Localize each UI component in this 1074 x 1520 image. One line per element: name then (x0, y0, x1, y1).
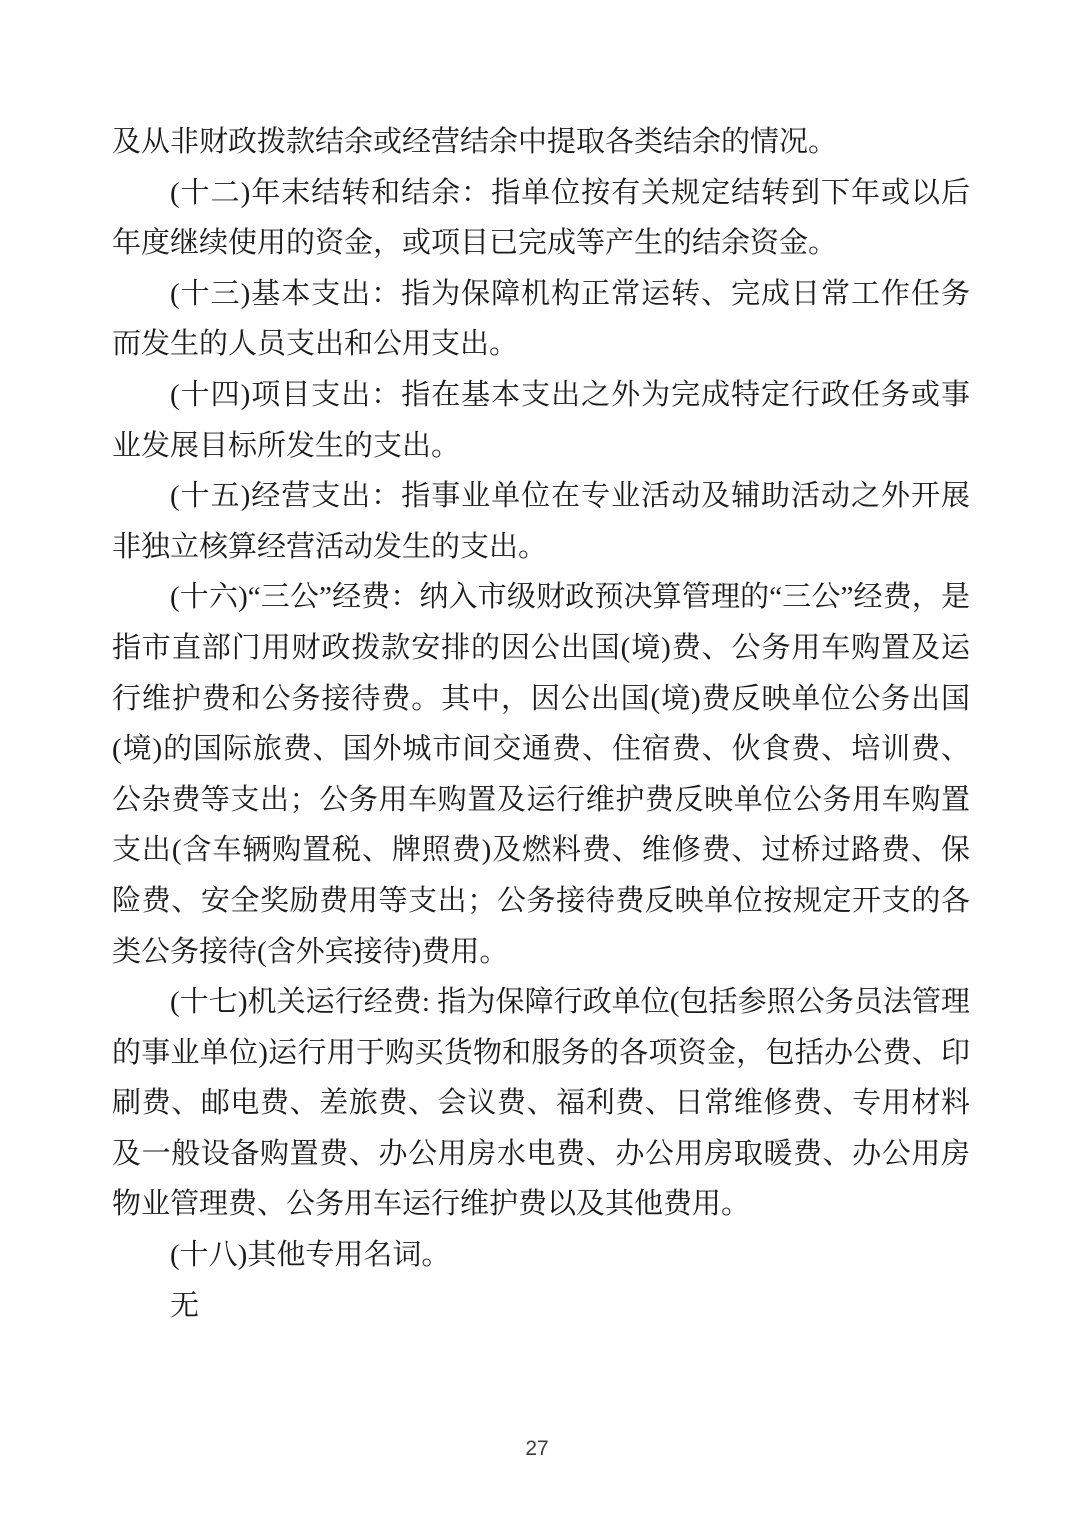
paragraph-item-12: (十二)年末结转和结余：指单位按有关规定结转到下年或以后年度继续使用的资金，或项… (112, 168, 970, 269)
paragraph-item-14: (十四)项目支出：指在基本支出之外为完成特定行政任务或事业发展目标所发生的支出。 (112, 370, 970, 471)
paragraph-item-13: (十三)基本支出：指为保障机构正常运转、完成日常工作任务而发生的人员支出和公用支… (112, 269, 970, 370)
paragraph-item-15: (十五)经营支出：指事业单位在专业活动及辅助活动之外开展非独立核算经营活动发生的… (112, 471, 970, 572)
document-page: 及从非财政拨款结余或经营结余中提取各类结余的情况。 (十二)年末结转和结余：指单… (0, 0, 1074, 1520)
paragraph-item-18: (十八)其他专用名词。 (112, 1230, 970, 1281)
paragraph-item-17: (十七)机关运行经费: 指为保障行政单位(包括参照公务员法管理的事业单位)运行用… (112, 977, 970, 1230)
page-number: 27 (525, 1437, 548, 1460)
paragraph-none-note: 无 (112, 1281, 970, 1332)
paragraph-item-16: (十六)“三公”经费：纳入市级财政预决算管理的“三公”经费，是指市直部门用财政拨… (112, 572, 970, 977)
page-footer: 27 (0, 1437, 1074, 1461)
document-text-block: 及从非财政拨款结余或经营结余中提取各类结余的情况。 (十二)年末结转和结余：指单… (112, 117, 970, 1331)
paragraph-continuation: 及从非财政拨款结余或经营结余中提取各类结余的情况。 (112, 117, 970, 168)
